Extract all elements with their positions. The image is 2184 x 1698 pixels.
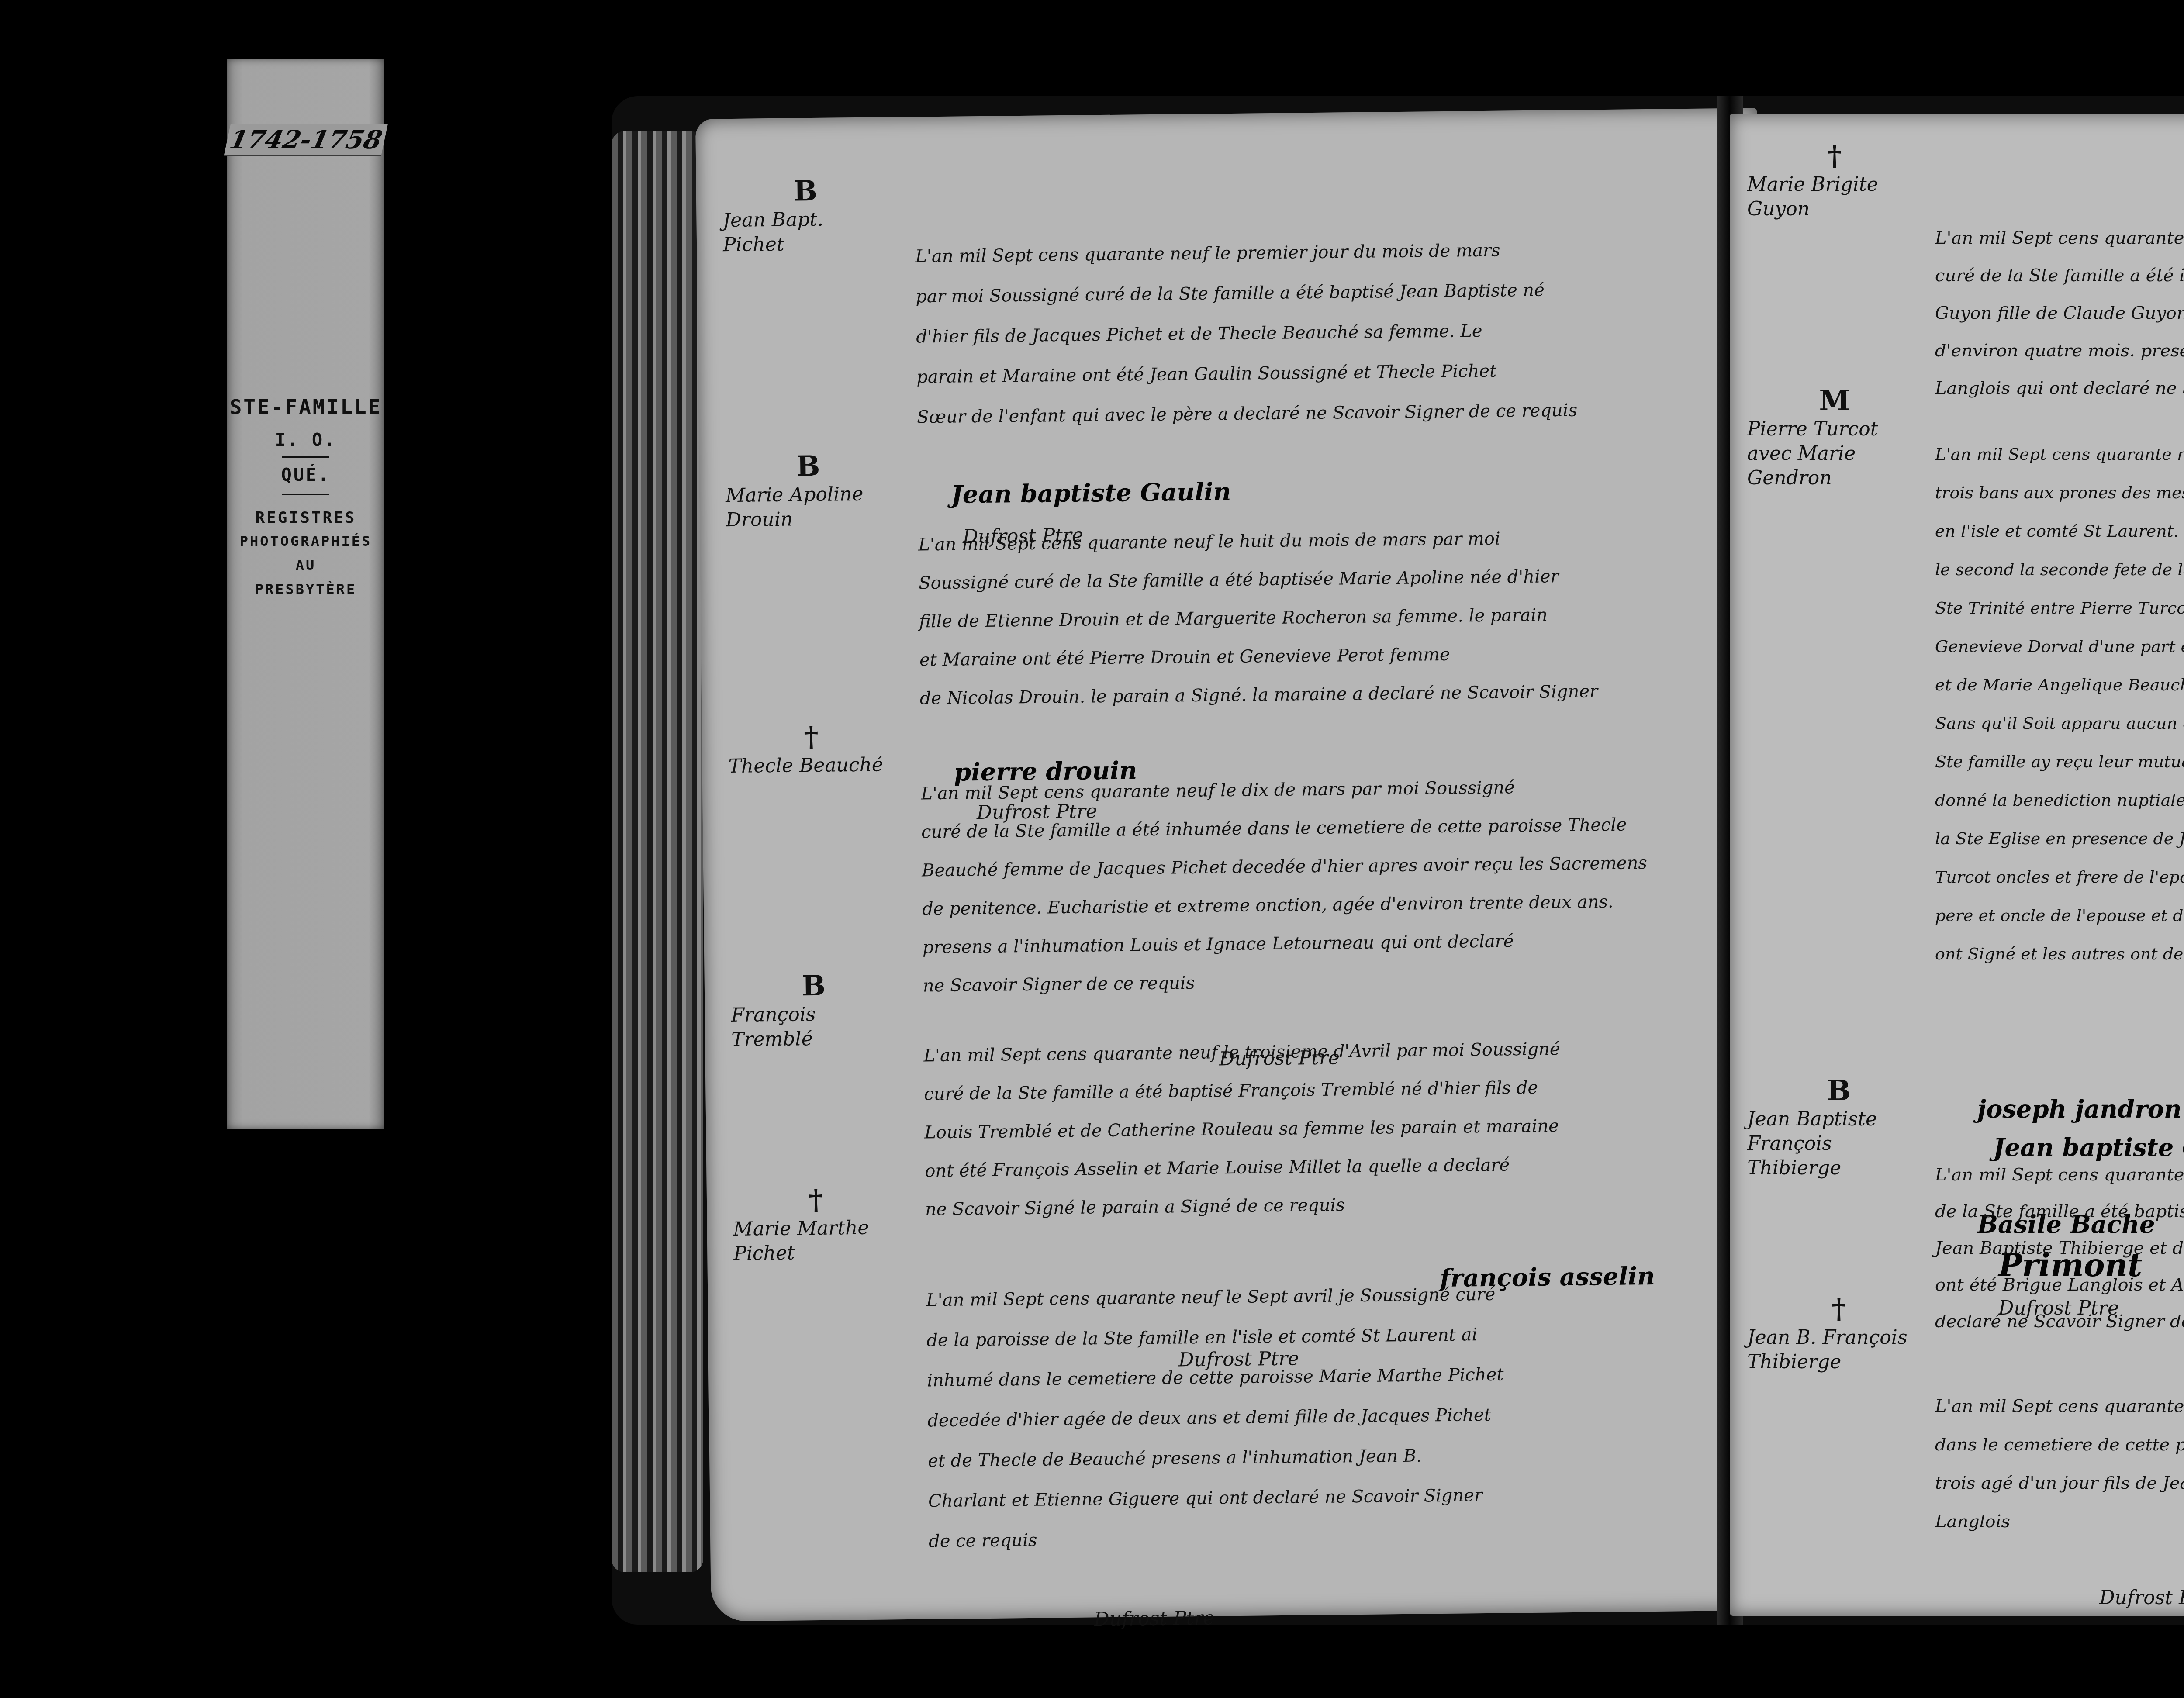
entry-text: L'an mil Sept cens quarante neuf le deux…: [1935, 435, 2184, 973]
margin-entry: † Marie Marthe Pichet: [733, 1183, 900, 1266]
left-page: B Jean Bapt. Pichet L'an mil Sept cens q…: [695, 108, 1773, 1621]
margin-name: Thecle Beauché: [728, 753, 883, 777]
margin-entry: B François Tremblé: [730, 969, 897, 1052]
archive-label-strip: 1742-1758 STE-FAMILLE I. O. QUÉ. REGISTR…: [227, 59, 384, 1129]
register-entry: L'an mil Sept cens quarante neuf le Sept…: [925, 1191, 1751, 1682]
page-edges: [612, 131, 703, 1572]
label-divider: [282, 456, 329, 458]
label-note-line: REGISTRES: [227, 509, 384, 527]
signature: Dufrost Ptre: [1094, 1607, 1215, 1631]
label-note-line: PHOTOGRAPHIÉS: [227, 533, 384, 549]
baptism-mark-icon: B: [725, 449, 892, 483]
entry-text: L'an mil Sept cens quarante neuf le Sept…: [926, 1272, 1750, 1562]
baptism-mark-icon: B: [1747, 1074, 1931, 1107]
entry-text: L'an mil Sept cens quarante neuf le huit…: [918, 517, 1742, 718]
margin-name: Marie Brigite Guyon: [1747, 173, 1878, 220]
margin-entry: † Jean B. François Thibierge: [1747, 1293, 1931, 1374]
baptism-mark-icon: B: [722, 174, 888, 208]
label-divider: [282, 494, 329, 495]
burial-cross-icon: †: [728, 720, 895, 754]
label-province: QUÉ.: [227, 465, 384, 485]
register-book: B Jean Bapt. Pichet L'an mil Sept cens q…: [612, 96, 2184, 1625]
margin-name: Marie Apoline Drouin: [726, 483, 864, 531]
margin-name: Jean Bapt. Pichet: [722, 208, 823, 256]
entry-text: L'an mil Sept cens quarante neuf le prem…: [915, 228, 1738, 438]
margin-entry: B Marie Apoline Drouin: [725, 449, 892, 532]
margin-entry: † Thecle Beauché: [728, 720, 895, 779]
margin-entry: B Jean Baptiste François Thibierge: [1747, 1074, 1931, 1180]
margin-name: Jean B. François Thibierge: [1747, 1326, 1907, 1373]
burial-cross-icon: †: [1747, 140, 1922, 173]
margin-name: Pierre Turcot avec Marie Gendron: [1747, 418, 1878, 489]
label-years: 1742-1758: [224, 124, 388, 156]
signature: Dufrost Ptre: [2099, 1587, 2184, 1609]
margin-name: Jean Baptiste François Thibierge: [1747, 1108, 1877, 1179]
margin-entry: † Marie Brigite Guyon: [1747, 140, 1922, 221]
label-location: I. O.: [227, 430, 384, 450]
burial-cross-icon: †: [733, 1183, 899, 1217]
register-entry: L'an mil Sept cens quarante neuf le ving…: [1935, 1310, 2184, 1656]
marriage-mark-icon: M: [1747, 384, 1922, 417]
baptism-mark-icon: B: [730, 969, 897, 1003]
margin-entry: M Pierre Turcot avec Marie Gendron: [1747, 384, 1922, 490]
label-note-line: PRESBYTÈRE: [227, 581, 384, 597]
entry-text: L'an mil Sept cens quarante neuf le ving…: [1935, 1387, 2184, 1541]
label-parish: STE-FAMILLE: [227, 395, 384, 419]
margin-name: François Tremblé: [731, 1003, 816, 1051]
label-note-line: AU: [227, 557, 384, 573]
burial-cross-icon: †: [1747, 1293, 1931, 1325]
right-page: Dxx † Marie Brigite Guyon L'an mil Sept …: [1730, 114, 2184, 1616]
margin-entry: B Jean Bapt. Pichet: [722, 174, 889, 257]
margin-name: Marie Marthe Pichet: [733, 1217, 869, 1265]
